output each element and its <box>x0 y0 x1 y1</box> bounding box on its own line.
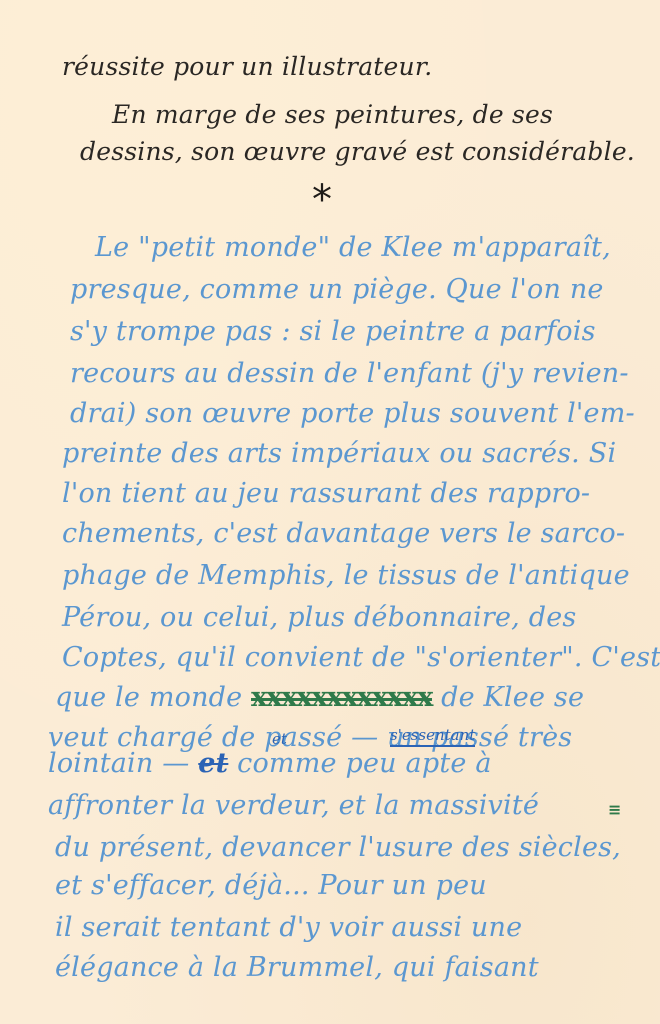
text-line-blue-12: que le monde xxxxxxxxxxxx de Klee se <box>55 682 584 713</box>
interlinear-insert-word: s'essentant <box>390 726 475 747</box>
text-line-blue-5: drai) son œuvre porte plus souvent l'em- <box>70 398 635 429</box>
text-line-black-1: réussite pour un illustrateur. <box>62 52 432 81</box>
interlinear-insert-et: et <box>272 730 287 748</box>
black-line-3-text: dessins, son œuvre gravé est considérabl… <box>80 137 635 166</box>
text-line-blue-7: l'on tient au jeu rassurant des rappro- <box>62 478 590 509</box>
text-line-blue-6: preinte des arts impériaux ou sacrés. Si <box>62 438 616 469</box>
line-12-before: que le monde <box>55 682 242 713</box>
text-line-blue-17: et s'effacer, déjà... Pour un peu <box>55 870 487 901</box>
line-12-after: de Klee se <box>441 682 584 713</box>
text-line-blue-18: il serait tentant d'y voir aussi une <box>55 912 522 943</box>
text-line-blue-9: phage de Memphis, le tissus de l'antique <box>62 560 630 591</box>
green-correction-mark: ≡ <box>608 800 621 819</box>
text-line-blue-10: Pérou, ou celui, plus débonnaire, des <box>62 602 576 633</box>
section-separator-asterisk: * <box>312 180 332 220</box>
text-line-blue-1: Le "petit monde" de Klee m'apparaît, <box>95 232 611 263</box>
text-line-black-3: dessins, son œuvre gravé est considérabl… <box>80 137 635 166</box>
text-line-blue-4: recours au dessin de l'enfant (j'y revie… <box>70 358 629 389</box>
text-line-black-2: En marge de ses peintures, de ses <box>112 100 553 129</box>
line-14-after: peu apte à <box>346 748 492 779</box>
text-line-blue-19: élégance à la Brummel, qui faisant <box>55 952 539 983</box>
text-line-blue-15: affronter la verdeur, et la massivité <box>48 790 539 821</box>
struck-out-word: xxxxxxxxxxxx <box>251 682 432 713</box>
text-line-blue-3: s'y trompe pas : si le peintre a parfois <box>70 316 596 347</box>
text-line-blue-2: presque, comme un piège. Que l'on ne <box>70 274 604 305</box>
text-line-blue-14: lointain — et comme peu apte à <box>48 748 492 779</box>
manuscript-page: réussite pour un illustrateur. En marge … <box>0 0 660 1024</box>
text-line-blue-16: du présent, devancer l'usure des siècles… <box>55 832 621 863</box>
line-14-before: lointain — <box>48 748 189 779</box>
text-line-blue-8: chements, c'est davantage vers le sarco- <box>62 518 625 549</box>
line-14-middle: comme <box>237 748 337 779</box>
text-line-blue-11: Coptes, qu'il convient de "s'orienter". … <box>62 642 660 673</box>
struck-out-et: et <box>198 748 228 779</box>
